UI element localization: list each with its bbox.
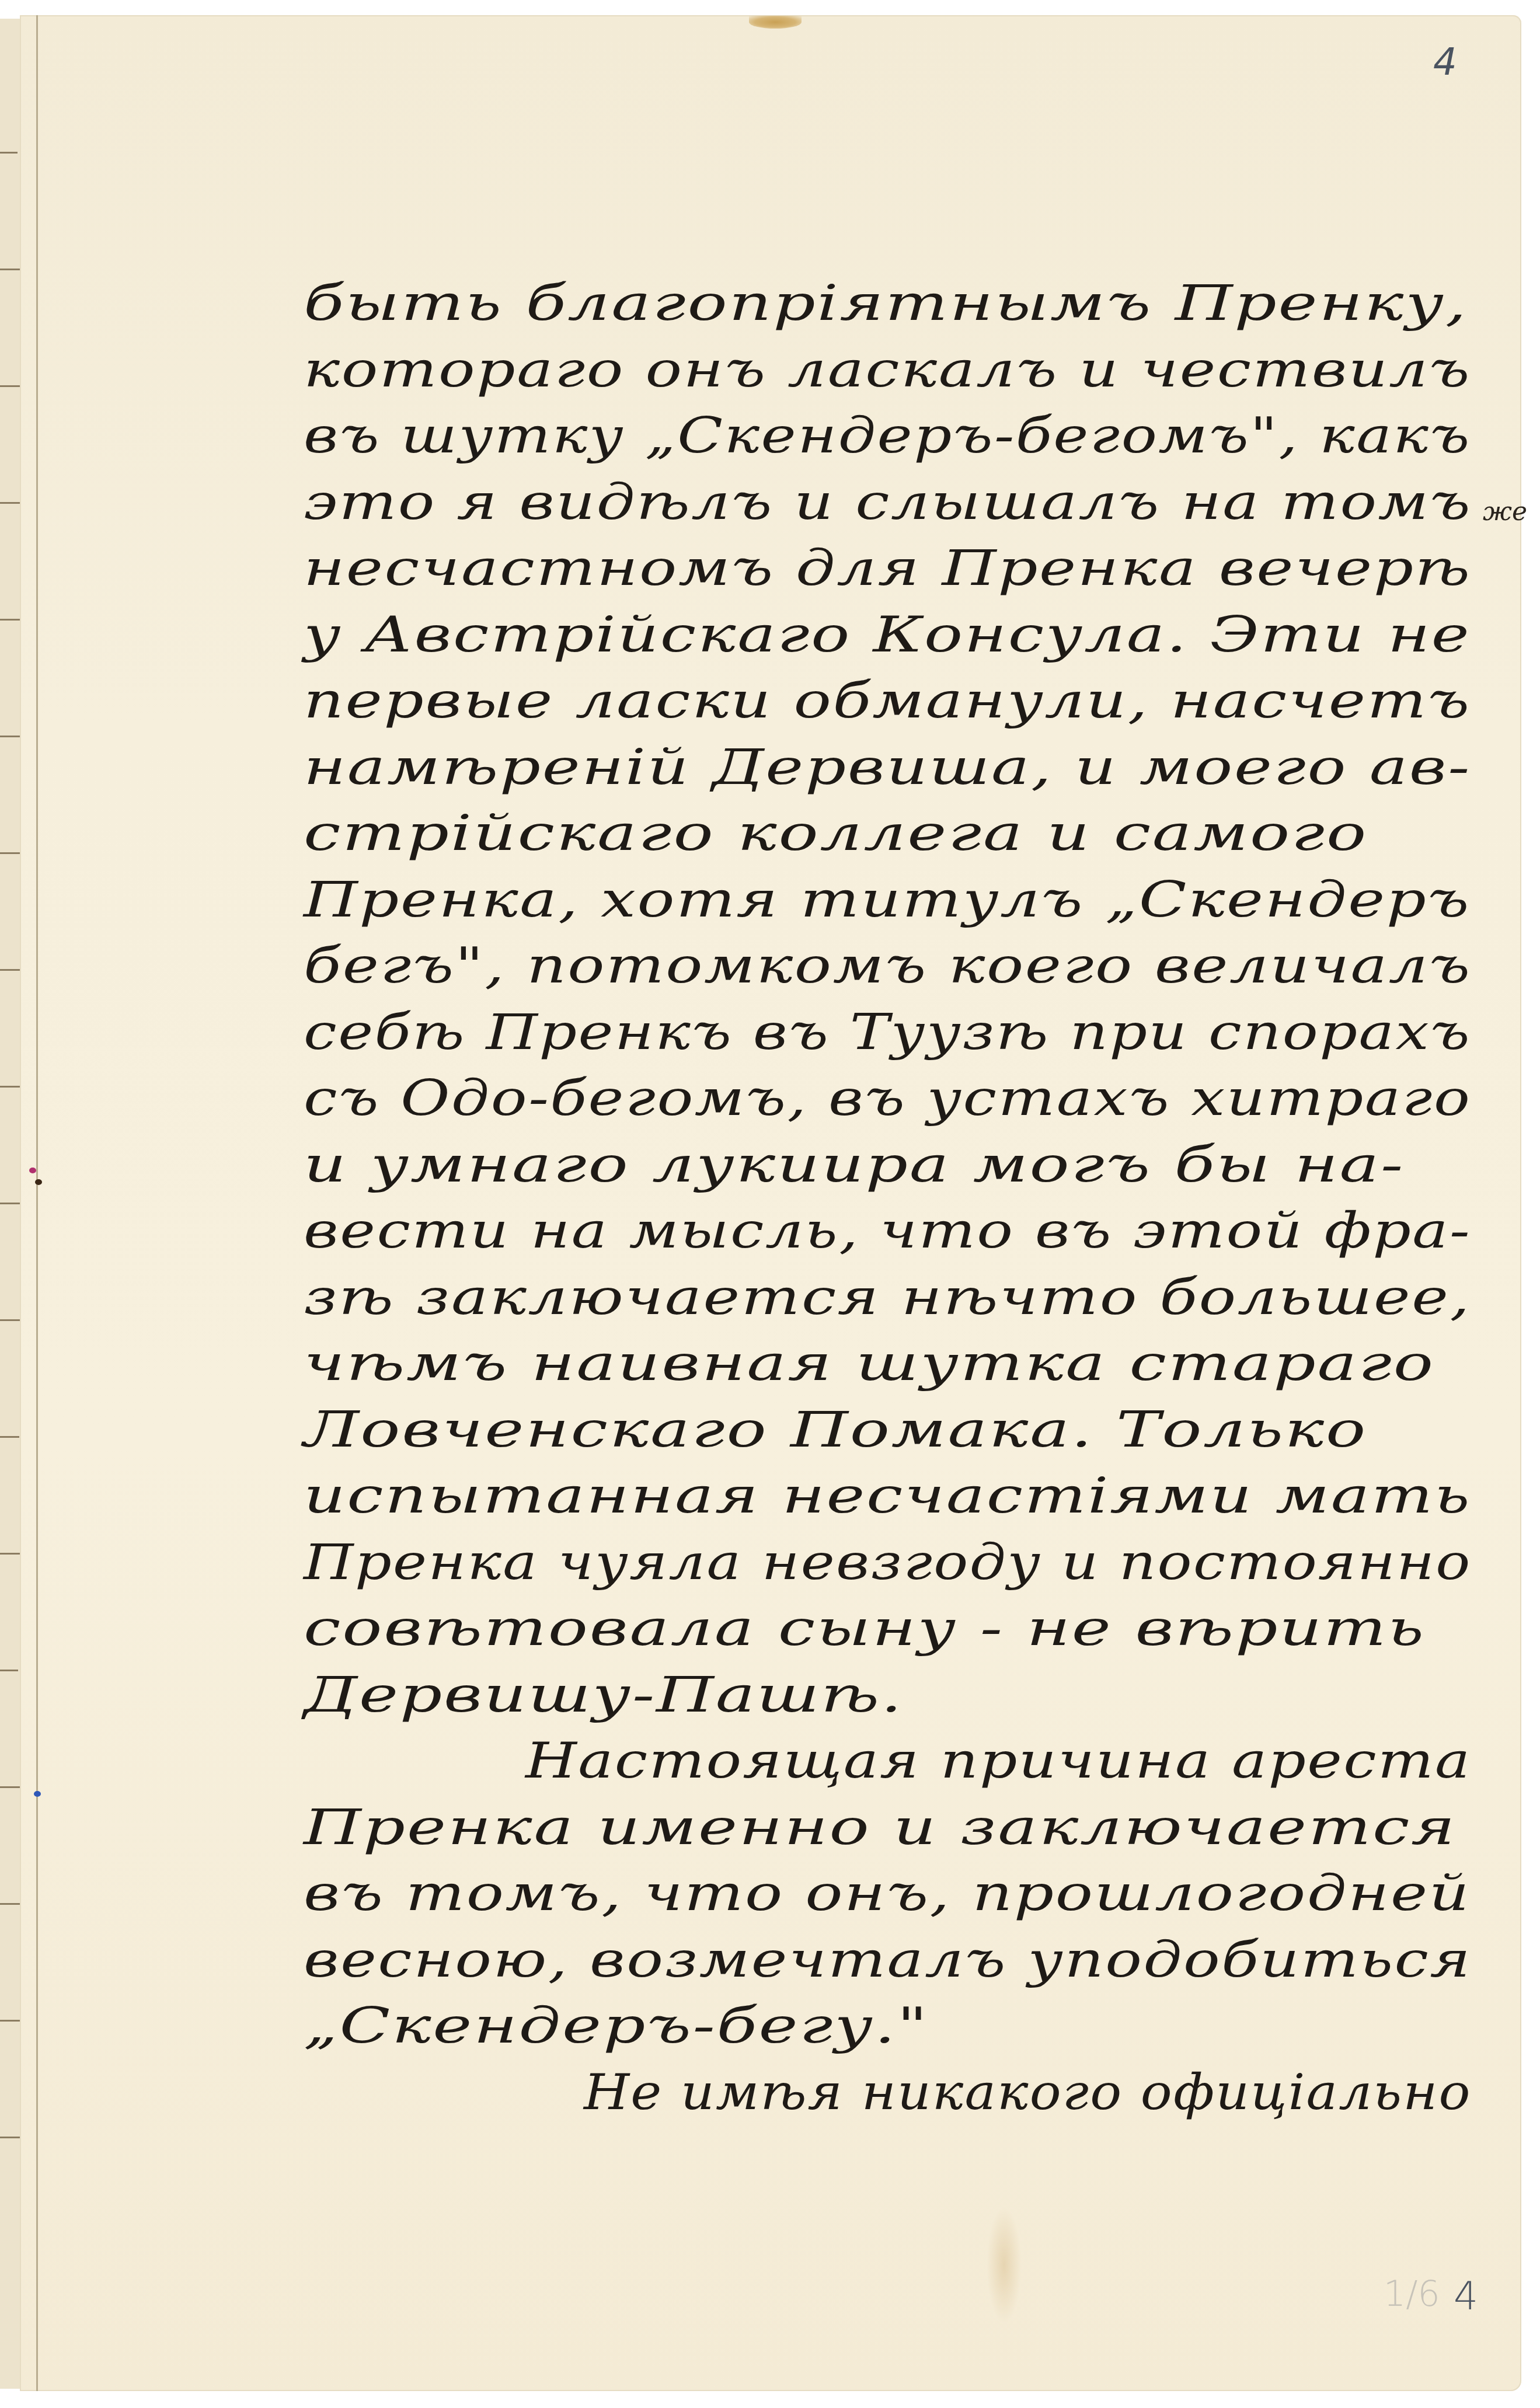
text-line: Не имѣя никакого офиціально (584, 2064, 1472, 2121)
previous-page-ink-stroke (0, 152, 18, 154)
text-line: Ловченскаго Помака. Только (304, 1401, 1367, 1458)
text-line: Пренка чуяла невзгоду и постоянно (304, 1534, 1472, 1591)
text-line: и умнаго лукиира могъ бы на- (304, 1136, 1405, 1193)
page-binding-edge (36, 15, 38, 2391)
text-line: Пренка, хотя титулъ „Скендеръ (304, 871, 1471, 928)
text-line: котораго онъ ласкалъ и чествилъ (304, 341, 1471, 398)
text-line: Пренка именно и заключается (304, 1799, 1457, 1856)
archive-mark-faded: 1/6 (1384, 2274, 1440, 2315)
text-line: быть благопріятнымъ Пренку, (304, 274, 1468, 332)
text-line: себѣ Пренкъ въ Туузѣ при спорахъ (304, 1003, 1471, 1061)
ink-blot (35, 1179, 42, 1185)
folio-number-bottom: 4 (1454, 2274, 1478, 2319)
text-line: Дервишу-Пашѣ. (304, 1666, 904, 1723)
text-line: первые ласки обманули, насчетъ (304, 672, 1471, 729)
text-line: вести на мысль, что въ этой фра- (304, 1202, 1471, 1259)
superscript-insertion: же (1483, 497, 1527, 527)
previous-page-ink-stroke (0, 1670, 18, 1671)
text-line: „Скендеръ-бегу." (304, 1997, 929, 2054)
text-line: чѣмъ наивная шутка стараго (304, 1334, 1435, 1392)
text-line: у Австрійскаго Консула. Эти не (304, 606, 1471, 663)
text-line: несчастномъ для Пренка вечерѣ (304, 539, 1471, 597)
text-line: Настоящая причина ареста (525, 1732, 1471, 1789)
text-line: это я видѣлъ и слышалъ на томъ (304, 473, 1472, 531)
text-line: весною, возмечталъ уподобиться (304, 1931, 1472, 1988)
folio-number-top: 4 (1433, 41, 1457, 84)
text-line: испытанная несчастіями мать (304, 1467, 1471, 1524)
binding-thread-hole (29, 1168, 36, 1173)
text-line: въ томъ, что онъ, прошлогодней (304, 1865, 1471, 1922)
text-line: бегъ", потомкомъ коего величалъ (304, 937, 1472, 994)
previous-page-ink-stroke (0, 1203, 20, 1204)
text-line: въ шутку „Скендеръ-бегомъ", какъ (304, 407, 1471, 464)
text-line: стрійскаго коллега и самого (304, 804, 1368, 862)
text-line: намѣреній Дервиша, и моего ав- (304, 738, 1471, 796)
text-line: зѣ заключается нѣчто большее, (304, 1269, 1471, 1326)
text-line: съ Одо-бегомъ, въ устахъ хитраго (304, 1069, 1471, 1127)
paper-stain-bottom (987, 2207, 1022, 2323)
paper-stain-top (749, 16, 802, 29)
previous-page-ink-stroke (0, 1436, 19, 1438)
binding-thread-hole (34, 1791, 41, 1797)
text-line: совѣтовала сыну - не вѣрить (304, 1599, 1426, 1657)
previous-page-ink-stroke (0, 969, 22, 971)
